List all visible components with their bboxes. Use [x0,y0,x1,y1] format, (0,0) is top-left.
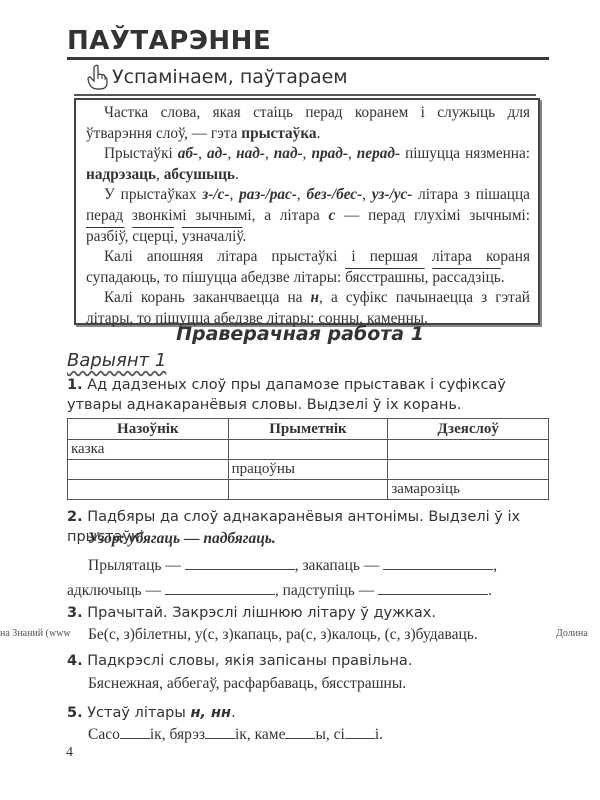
column-header-adjective: Прыметнік [228,419,388,440]
task-5-body: Сасоік, бярэзік, камеы, сіі. [88,726,383,744]
table-row: замарозіць [68,480,549,500]
task-3: 3. Прачытай. Закрэслі лішнюю літару ў ду… [67,604,547,624]
word-table: Назоўнік Прыметнік Дзеяслоў казка працоў… [67,418,549,500]
table-cell[interactable]: казка [68,440,229,460]
test-title: Праверачная работа 1 [0,323,600,345]
task-5: 5. Устаў літары н, нн. [67,704,547,724]
pointing-hand-icon [86,64,108,90]
rule-paragraph-4: Калі апошняя літара прыстаўкі і першая л… [86,247,530,288]
task-4-body: Бяснежная, аббегаў, расфарбаваць, бясстр… [88,675,406,693]
watermark-left: на Знаний (www [0,628,71,639]
table-cell[interactable] [68,460,229,480]
column-header-noun: Назоўнік [68,419,229,440]
task-3-body: Бе(с, з)білетны, у(с, з)капаць, ра(с, з)… [88,626,478,644]
task-2-line-2: адключыць — , падступіць — . [67,582,492,600]
rule-box: Частка слова, якая стаіць перад коранем … [74,98,540,325]
table-row: працоўны [68,460,549,480]
answer-blank[interactable] [378,582,488,595]
letter-blank[interactable] [345,726,375,739]
answer-blank[interactable] [383,557,493,570]
table-cell[interactable]: замарозіць [388,480,549,500]
table-cell[interactable] [388,440,549,460]
task-1: 1. Ад дадзеных слоў пры дапамозе прыстав… [67,376,547,415]
watermark-right: Долина [556,628,588,639]
rule-paragraph-1: Частка слова, якая стаіць перад коранем … [86,103,530,144]
recall-divider [74,94,536,96]
table-cell[interactable] [228,440,388,460]
table-cell[interactable] [388,460,549,480]
recall-label: Успамінаем, паўтараем [112,66,348,88]
table-row: казка [68,440,549,460]
rule-paragraph-2: Прыстаўкі аб-, ад-, над-, пад-, прад-, п… [86,144,530,185]
table-cell[interactable] [68,480,229,500]
task-2-line-1: Прылятаць — , закапаць — , [88,557,497,575]
rule-paragraph-3: У прыстаўках з-/с-, раз-/рас-, без-/бес-… [86,185,530,247]
variant-label: Варыянт 1 [67,350,166,371]
recall-heading: Успамінаем, паўтараем [86,64,348,90]
answer-blank[interactable] [185,557,295,570]
task-2-example: Узор: убягаць — падбягаць. [88,530,276,548]
answer-blank[interactable] [165,582,275,595]
letter-blank[interactable] [205,726,235,739]
task-4: 4. Падкрэслі словы, якія запісаны правіл… [67,652,547,672]
letter-blank[interactable] [120,726,150,739]
table-cell[interactable]: працоўны [228,460,388,480]
letter-blank[interactable] [285,726,315,739]
page-title: ПАЎТАРЭННЕ [67,26,271,56]
column-header-verb: Дзеяслоў [388,419,549,440]
table-cell[interactable] [228,480,388,500]
title-divider [67,57,549,60]
page-number: 4 [66,745,73,761]
